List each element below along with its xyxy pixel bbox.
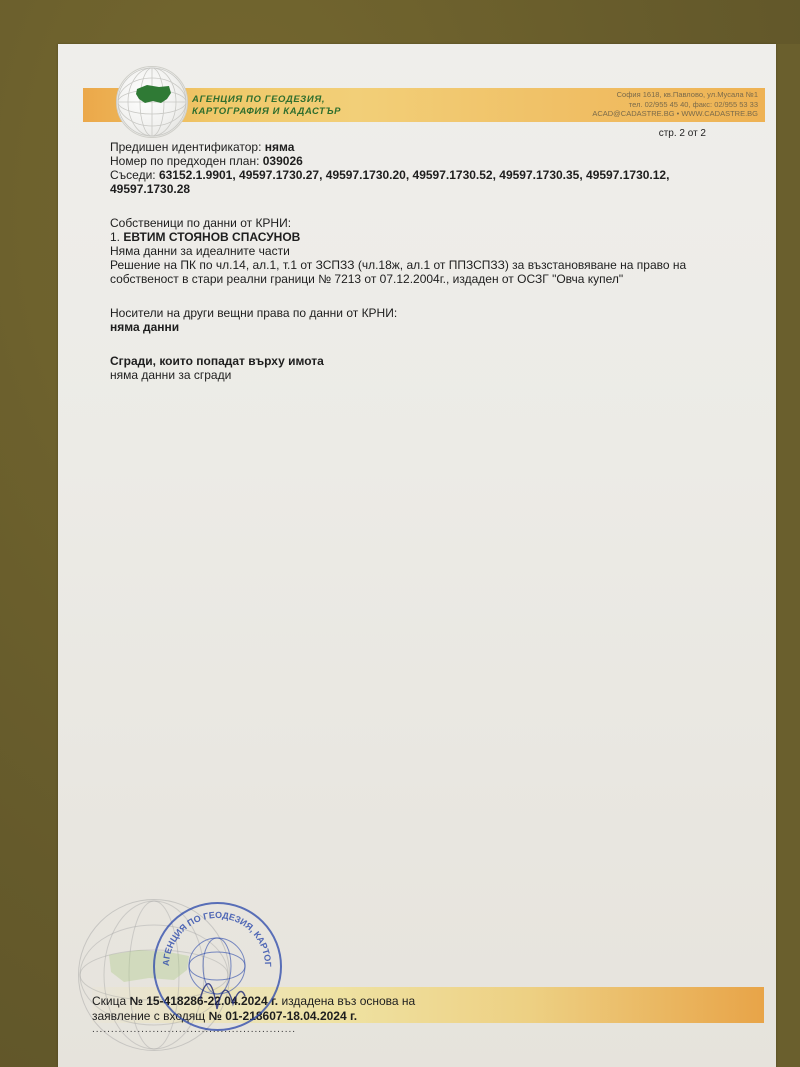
previous-plan-number-label: Номер по предходен план:: [110, 154, 263, 168]
buildings-heading: Сгради, които попадат върху имота: [110, 354, 750, 368]
owner-decision-line2: собственост в стари реални граници № 721…: [110, 272, 750, 286]
previous-identifier-label: Предишен идентификатор:: [110, 140, 265, 154]
sketch-label: Скица: [92, 994, 130, 1008]
other-rights-value: няма данни: [110, 320, 750, 334]
buildings-value: няма данни за сгради: [110, 368, 750, 382]
previous-identifier-value: няма: [265, 140, 295, 154]
neighbors-list-line1: 63152.1.9901, 49597.1730.27, 49597.1730.…: [159, 168, 669, 182]
owner-entry: 1. ЕВТИМ СТОЯНОВ СПАСУНОВ: [110, 230, 750, 244]
owner-number: 1.: [110, 230, 123, 244]
agency-name: АГЕНЦИЯ ПО ГЕОДЕЗИЯ, КАРТОГРАФИЯ И КАДАС…: [192, 94, 341, 118]
agency-name-line2: КАРТОГРАФИЯ И КАДАСТЪР: [192, 106, 341, 118]
official-stamp: АГЕНЦИЯ ПО ГЕОДЕЗИЯ, КАРТОГРАФИЯ И КАДАС…: [153, 902, 282, 1031]
previous-plan-number-value: 039026: [263, 154, 303, 168]
owner-ideal-parts: Няма данни за идеалните части: [110, 244, 750, 258]
agency-name-line1: АГЕНЦИЯ ПО ГЕОДЕЗИЯ,: [192, 94, 341, 106]
agency-contact: София 1618, кв.Павлово, ул.Мусала №1 тел…: [592, 90, 758, 119]
contact-phone: тел. 02/955 45 40, факс: 02/955 53 33: [592, 100, 758, 110]
stamp-text: АГЕНЦИЯ ПО ГЕОДЕЗИЯ, КАРТОГРАФИЯ И КАДАС…: [155, 904, 273, 967]
contact-web: ACAD@CADASTRE.BG • WWW.CADASTRE.BG: [592, 109, 758, 119]
neighbors: Съседи: 63152.1.9901, 49597.1730.27, 495…: [110, 168, 750, 182]
signature-scribble: [200, 984, 245, 1009]
neighbors-label: Съседи:: [110, 168, 159, 182]
svg-text:АГЕНЦИЯ ПО ГЕОДЕЗИЯ, КАРТОГРАФ: АГЕНЦИЯ ПО ГЕОДЕЗИЯ, КАРТОГРАФИЯ И КАДАС…: [155, 904, 273, 967]
previous-plan-number: Номер по предходен план: 039026: [110, 154, 750, 168]
neighbors-list-line2: 49597.1730.28: [110, 182, 750, 196]
document-body: Предишен идентификатор: няма Номер по пр…: [110, 140, 750, 382]
contact-address: София 1618, кв.Павлово, ул.Мусала №1: [592, 90, 758, 100]
agency-logo-globe-icon: [116, 66, 188, 138]
owner-decision-line1: Решение на ПК по чл.14, ал.1, т.1 от ЗСП…: [110, 258, 750, 272]
owners-heading: Собственици по данни от КРНИ:: [110, 216, 750, 230]
sketch-suffix: издадена въз основа на: [278, 994, 415, 1008]
previous-identifier: Предишен идентификатор: няма: [110, 140, 750, 154]
document-page: АГЕНЦИЯ ПО ГЕОДЕЗИЯ, КАРТОГРАФИЯ И КАДАС…: [58, 44, 776, 1067]
background-edge: [776, 44, 800, 1067]
other-rights-heading: Носители на други вещни права по данни о…: [110, 306, 750, 320]
owner-name: ЕВТИМ СТОЯНОВ СПАСУНОВ: [123, 230, 300, 244]
page-number: стр. 2 от 2: [659, 128, 706, 139]
